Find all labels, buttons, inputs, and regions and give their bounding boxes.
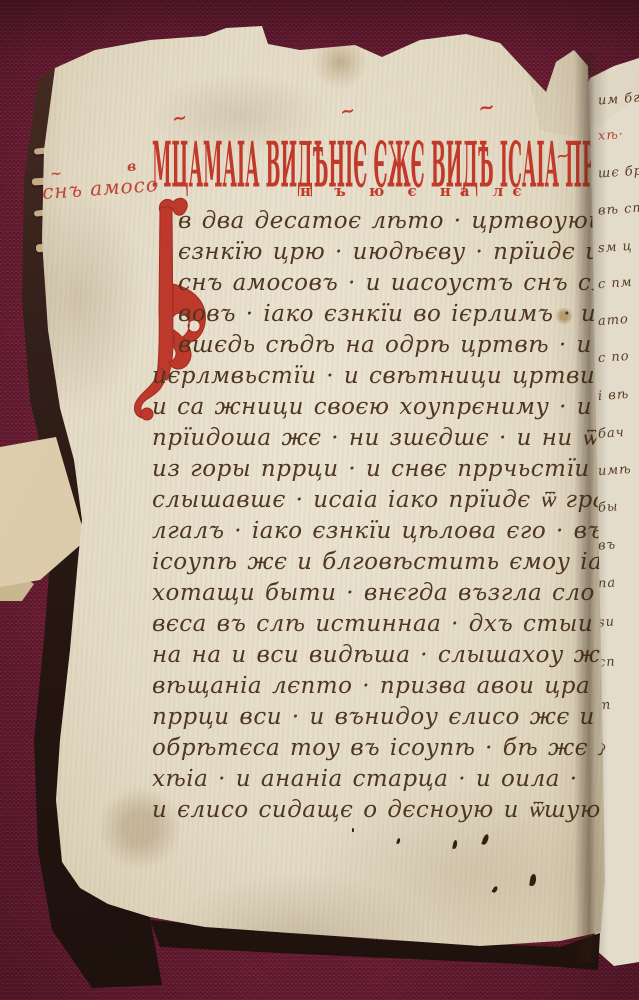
manuscript-line: обрѣтєса тоу въ ісоупѣ · бѣ жє ми: [152, 735, 592, 766]
manuscript-photo-scene: им бг хѣ· шє бр вѣ ст ѕм ц с пм ато с по…: [0, 0, 639, 1000]
ink-speck: [481, 833, 489, 845]
margin-note-superscript: в: [127, 158, 137, 175]
manuscript-line: иєрлмвьстїи · и свѣтници цртви: [152, 363, 592, 394]
vyaz-title-dropped-letters: н ъ ю є на лє: [300, 182, 531, 200]
manuscript-line: снъ амосовъ · и иасоустъ снъ сла: [152, 270, 592, 301]
ink-speck: [452, 840, 458, 850]
manuscript-line: лгалъ · іако єзнкїи цѣлова єго · въ: [152, 518, 592, 549]
text-block: в два десатоє лѣто · цртвоующу єзнкїю цр…: [152, 208, 592, 828]
manuscript-line: и са жници своєю хоупрєниму · и: [152, 394, 592, 425]
titlo-mark: ~: [50, 166, 63, 183]
manuscript-line: хѣіа · и ананіа старца · и оила ·: [152, 766, 592, 797]
titlo-mark: ~: [170, 107, 189, 130]
manuscript-line: єзнкїю црю · июдѣєву · прїидє исаіа ·: [152, 239, 592, 270]
manuscript-line: из горы пррци · и снвє пррчьстїи: [152, 456, 592, 487]
ink-speck: [529, 874, 537, 887]
ink-speck: [352, 828, 354, 832]
ink-speck: [492, 885, 499, 893]
ink-speck: [396, 838, 400, 845]
titlo-mark: ~: [338, 100, 357, 123]
manuscript-line: вѣщаніа лєпто · призва авои цра · и: [152, 673, 592, 704]
gutter-shadow: [574, 52, 608, 962]
manuscript-line: хотащи быти · внєгда възгла сло: [152, 580, 592, 611]
manuscript-line: ісоупѣ жє и блговѣстить ємоу іаж: [152, 549, 592, 580]
manuscript-line: на на и вси видѣша · слышахоу жє: [152, 642, 592, 673]
manuscript-line: вшєдь сѣдѣ на одрѣ цртвѣ · и с мнози: [152, 332, 592, 363]
manuscript-line: вовъ · іако єзнкїи во ієрлимъ · и: [152, 301, 592, 332]
manuscript-line: и єлисо сидащє о дєсноую и ѿшую: [152, 797, 592, 828]
manuscript-line: в два десатоє лѣто · цртвоующу: [152, 208, 592, 239]
manuscript-page: МЦАМАІА ВИДѢНІЄ ЄЖЄ ВИДѢ ІСАІА ПРРОКЪ н …: [0, 0, 639, 1000]
manuscript-line: пррци вси · и вънидоу єлисо жє и хв: [152, 704, 592, 735]
manuscript-line: прїидоша жє · ни зшєдшє · и ни ѿ сєлъ: [152, 425, 592, 456]
manuscript-line: слышавшє · исаіа іако прїидє ѿ гра: [152, 487, 592, 518]
titlo-mark: ~: [476, 94, 497, 121]
manuscript-line: вєса въ слѣ истиннаа · дхъ стыи: [152, 611, 592, 642]
